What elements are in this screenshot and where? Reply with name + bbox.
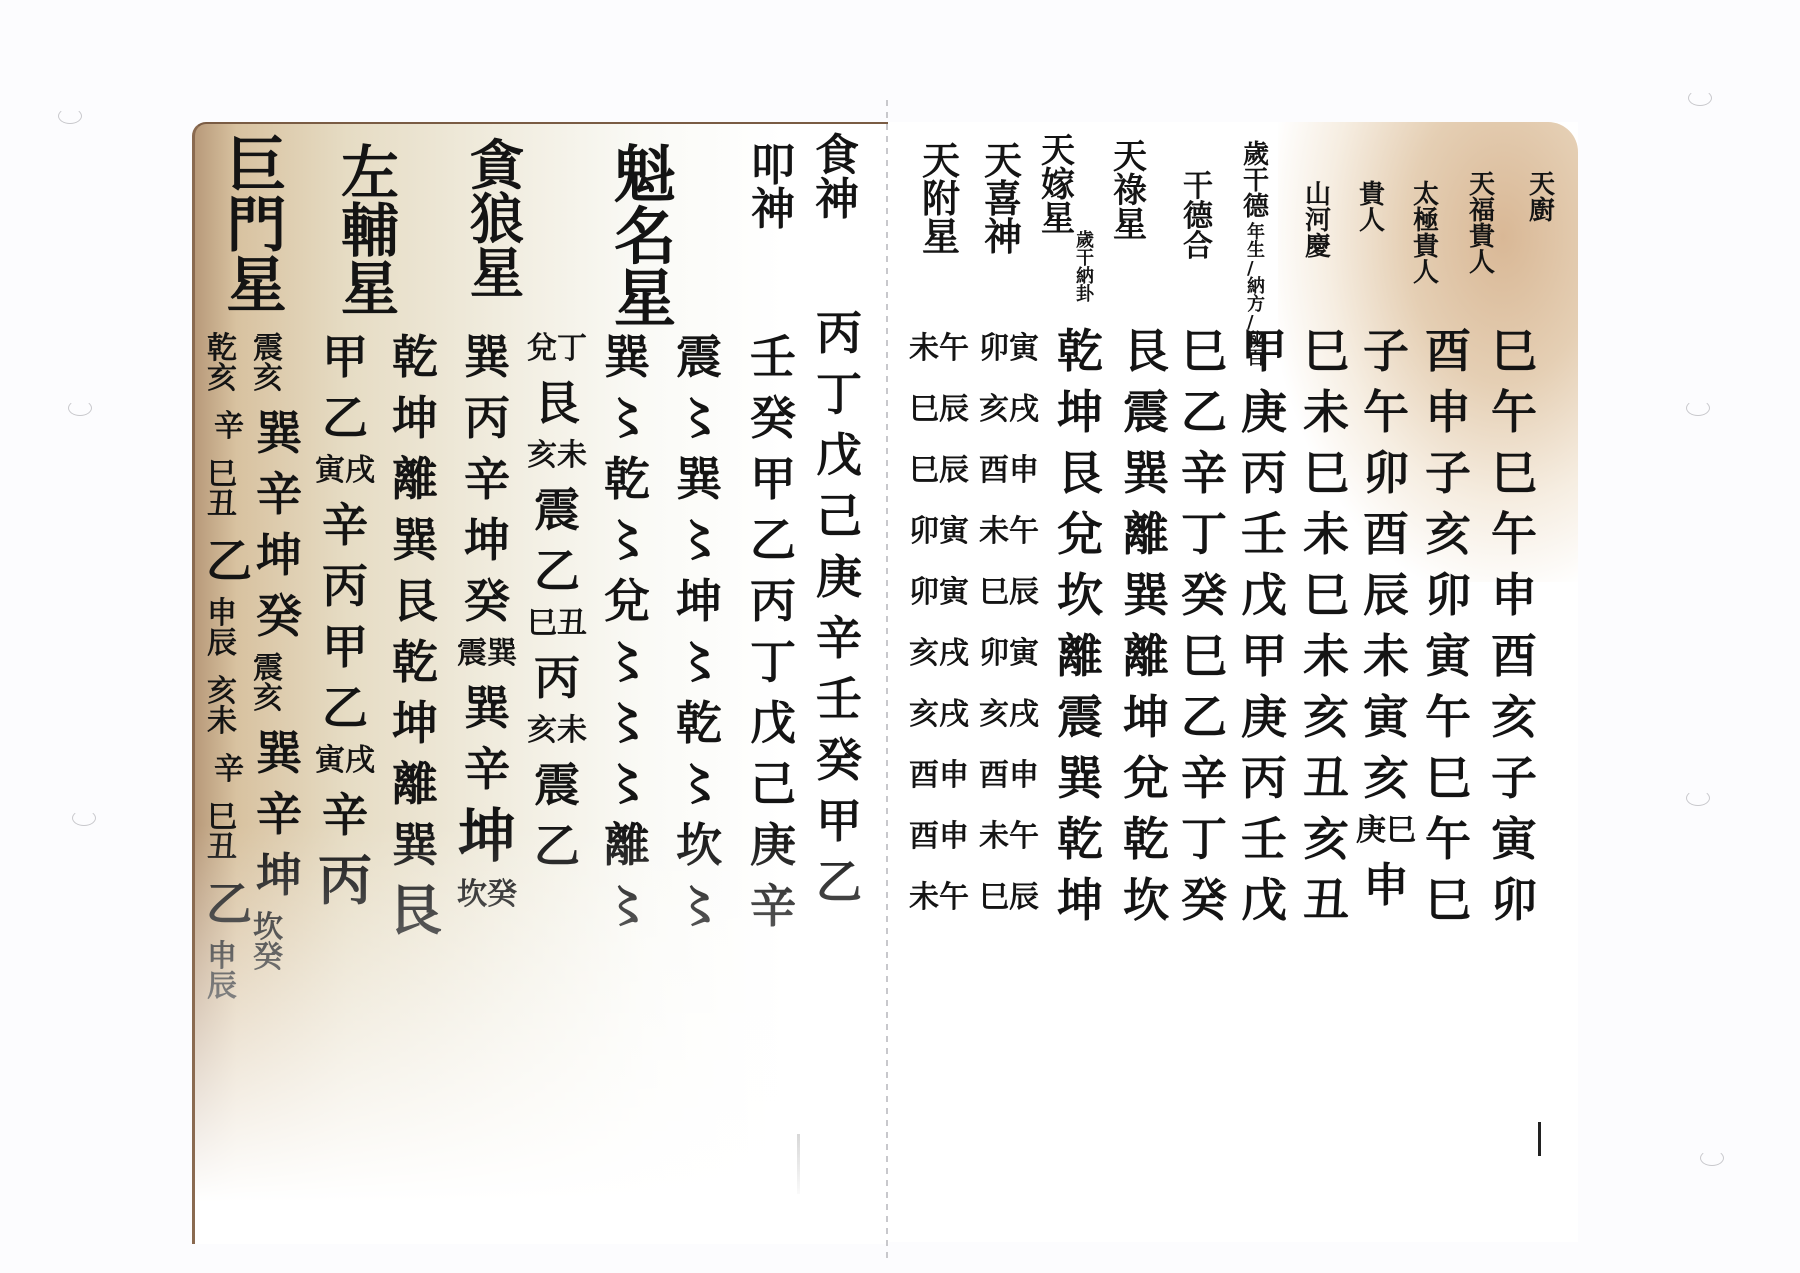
entry: 癸 <box>464 578 510 624</box>
entry: 午 <box>1363 389 1409 435</box>
column-jumen-star: 巨門星 <box>209 136 304 316</box>
punch-hole-mark <box>58 108 82 124</box>
entry: 艮 <box>388 883 442 937</box>
entry: 卯 <box>1491 877 1537 923</box>
entry: 辛 <box>464 456 510 502</box>
entry: 〻 <box>604 883 650 929</box>
entry: 丑 <box>1303 877 1349 923</box>
entry: 乾 <box>604 456 650 502</box>
column-taiji-guiren-entries: 酉 申 子 亥 卯 寅 午 巳 午 巳 <box>1418 328 1478 938</box>
entry: 丁 <box>1181 511 1227 557</box>
entry: 酉 <box>1491 633 1537 679</box>
right-page: 天附星 未午 巳辰 巳辰 卯寅 卯寅 亥戌 亥戌 酉申 酉申 未午 天喜神 卯寅… <box>888 122 1578 1242</box>
entry: 酉申 <box>909 822 969 852</box>
column-jumen-entries: 震亥 巽 辛 坤 癸 震亥 巽 辛 坤 坎癸 <box>253 334 305 973</box>
column-shishen-entries: 丙 丁 戊 己 庚 辛 壬 癸 甲 乙 <box>809 310 869 920</box>
entry: 坎癸 <box>253 913 305 973</box>
column-tanlang-star: 貪狼星 <box>457 138 537 300</box>
column-tianlu-star: 天祿星 <box>1110 140 1150 242</box>
entry: 乾 <box>392 639 438 685</box>
column-header: 叩神 <box>751 144 795 232</box>
entry: 寅 <box>1425 633 1471 679</box>
entry: 巳 <box>1491 328 1537 374</box>
entry: 寅 <box>1363 694 1409 740</box>
entry: 離 <box>392 761 438 807</box>
entry: 丙 <box>322 563 368 609</box>
punch-hole-mark <box>1686 790 1710 806</box>
entry: 艮 <box>392 578 438 624</box>
entry: 辛 <box>322 792 368 838</box>
entry: 未 <box>1303 389 1349 435</box>
entry: 亥未 <box>207 677 251 737</box>
column-jumen-side-entries: 乾亥 辛 巳丑 乙 申辰 亥未 辛 巳丑 乙 申辰 <box>207 334 251 1002</box>
column-suigande-entries: 甲 庚 丙 壬 戊 甲 庚 丙 壬 戊 <box>1234 328 1294 938</box>
entry: 寅戌 <box>315 746 375 776</box>
entry: 酉申 <box>909 761 969 791</box>
entry: 乾 <box>676 700 722 746</box>
entry: 震亥 <box>253 654 305 714</box>
column-gande-he: 干德合 <box>1178 172 1218 262</box>
column-taiji-guiren: 太極貴人 <box>1408 182 1444 286</box>
column-tianlu-entries: 艮 震 巽 離 巽 離 坤 兌 乾 坎 <box>1114 328 1178 938</box>
column-header: 食神 <box>815 134 859 222</box>
entry: 丙 <box>816 310 862 356</box>
entry: 乙 <box>816 859 862 905</box>
entry: 震 <box>534 762 580 808</box>
column-header: 貴人 <box>1359 182 1385 234</box>
entry: 坤 <box>256 532 302 578</box>
entry: 兌 <box>604 578 650 624</box>
column-tianjia-entries: 乾 坤 艮 兌 坎 離 震 巽 乾 坤 <box>1048 328 1112 938</box>
column-kuiming-star: 魁名星 <box>595 144 695 330</box>
column-header: 天喜神 <box>984 142 1022 256</box>
entry: 〻 <box>604 517 650 563</box>
entry: 震巽 <box>457 639 517 669</box>
entry: 亥戌 <box>979 700 1039 730</box>
entry: 庚 <box>1241 694 1287 740</box>
entry: 巽 <box>1057 755 1103 801</box>
entry: 癸 <box>1181 877 1227 923</box>
entry: 巳丑 <box>527 609 587 639</box>
entry: 乾 <box>1057 816 1103 862</box>
entry: 甲 <box>322 624 368 670</box>
entry: 坎癸 <box>457 880 517 910</box>
entry: 巽 <box>464 685 510 731</box>
entry: 巳 <box>1303 572 1349 618</box>
entry: 乙 <box>206 881 252 927</box>
entry: 未 <box>1363 633 1409 679</box>
column-header: 干德合 <box>1183 172 1213 262</box>
entry: 未午 <box>979 822 1039 852</box>
column-header: 天廚 <box>1529 172 1555 224</box>
entry: 午 <box>1491 389 1537 435</box>
entry: 〻 <box>604 395 650 441</box>
entry: 丙 <box>1241 755 1287 801</box>
entry: 〻 <box>604 639 650 685</box>
entry: 卯寅 <box>979 334 1039 364</box>
entry: 亥 <box>1303 694 1349 740</box>
entry: 巳 <box>1425 877 1471 923</box>
ink-stroke <box>1538 1122 1541 1156</box>
column-shanhe-qing: 山河慶 <box>1300 182 1336 260</box>
entry: 辛 <box>214 412 244 442</box>
column-tianfu-guiren-entries: 巳 午 巳 午 申 酉 亥 子 寅 卯 <box>1484 328 1544 938</box>
punch-hole-mark <box>1700 1150 1724 1166</box>
entry: 卯 <box>1425 572 1471 618</box>
column-zhen-entries: 震 〻 巽 〻 坤 〻 乾 〻 坎 〻 <box>669 334 729 944</box>
entry: 巳辰 <box>909 395 969 425</box>
entry: 卯寅 <box>909 578 969 608</box>
column-shishen-header: 食神 <box>807 134 867 222</box>
entry: 戊 <box>1241 877 1287 923</box>
entry: 巳辰 <box>909 456 969 486</box>
entry: 巽 <box>464 334 510 380</box>
entry: 坤 <box>392 700 438 746</box>
entry: 〻 <box>604 700 650 746</box>
entry: 辛 <box>256 471 302 517</box>
entry: 未午 <box>979 517 1039 547</box>
entry: 午 <box>1425 816 1471 862</box>
entry: 巳 <box>1303 450 1349 496</box>
punch-hole-mark <box>68 400 92 416</box>
entry: 辛 <box>1181 450 1227 496</box>
entry: 酉申 <box>979 761 1039 791</box>
entry: 巽 <box>256 410 302 456</box>
entry: 寅 <box>1491 816 1537 862</box>
column-zuofu-entries: 甲 乙 寅戌 辛 丙 甲 乙 寅戌 辛 丙 <box>315 334 375 922</box>
entry: 子 <box>1491 755 1537 801</box>
punch-hole-mark <box>1686 400 1710 416</box>
entry: 乙 <box>322 395 368 441</box>
entry: 坎 <box>1057 572 1103 618</box>
entry: 巳丑 <box>207 803 251 863</box>
column-guiren: 貴人 <box>1354 182 1390 234</box>
entry: 巽 <box>1123 572 1169 618</box>
column-shanhe-qing-entries: 巳 未 巳 未 巳 未 亥 丑 亥 丑 <box>1296 328 1356 938</box>
entry: 亥戌 <box>979 395 1039 425</box>
column-koushen-entries: 壬 癸 甲 乙 丙 丁 戊 己 庚 辛 <box>743 334 803 944</box>
entry: 壬 <box>816 676 862 722</box>
entry: 壬 <box>1241 511 1287 557</box>
entry: 乾 <box>1123 816 1169 862</box>
entry: 巽 <box>604 334 650 380</box>
entry: 卯寅 <box>909 517 969 547</box>
entry: 丑 <box>1303 755 1349 801</box>
entry: 申 <box>1425 389 1471 435</box>
entry: 兌丁 <box>527 334 587 364</box>
column-header: 天附星 <box>922 142 960 256</box>
entry: 巳辰 <box>979 578 1039 608</box>
entry: 寅戌 <box>315 456 375 486</box>
entry: 〻 <box>676 761 722 807</box>
entry: 午 <box>1425 694 1471 740</box>
entry: 坎 <box>676 822 722 868</box>
column-header: 太極貴人 <box>1413 182 1439 286</box>
entry: 巳 <box>1181 328 1227 374</box>
entry: 乾亥 <box>207 334 251 394</box>
entry: 申辰 <box>207 599 251 659</box>
entry: 庚 <box>1241 389 1287 435</box>
entry: 震 <box>534 487 580 533</box>
entry: 辛 <box>750 883 796 929</box>
column-dui-entries: 兌丁 艮 亥未 震 乙 巳丑 丙 亥未 震 乙 <box>527 334 587 884</box>
column-tianfu-guiren: 天福貴人 <box>1464 172 1500 276</box>
entry: 巽 <box>256 730 302 776</box>
entry: 乙 <box>322 685 368 731</box>
entry: 離 <box>1123 633 1169 679</box>
entry: 亥戌 <box>909 639 969 669</box>
entry: 亥 <box>1363 755 1409 801</box>
entry: 坤 <box>256 852 302 898</box>
entry: 巳 <box>1181 633 1227 679</box>
entry: 卯 <box>1363 450 1409 496</box>
entry: 巳丑 <box>207 460 251 520</box>
entry: 〻 <box>676 517 722 563</box>
entry: 亥未 <box>527 441 587 471</box>
entry: 亥 <box>1303 816 1349 862</box>
entry: 坤 <box>458 807 516 865</box>
column-tanlang-entries: 巽 丙 辛 坤 癸 震巽 巽 辛 坤 坎癸 <box>457 334 517 910</box>
entry: 己 <box>750 761 796 807</box>
entry: 丙 <box>1241 450 1287 496</box>
entry: 乙 <box>534 823 580 869</box>
punch-hole-mark <box>72 810 96 826</box>
entry: 震亥 <box>253 334 305 394</box>
entry: 卯寅 <box>979 639 1039 669</box>
entry: 震 <box>1123 389 1169 435</box>
entry: 亥未 <box>527 716 587 746</box>
entry: 未午 <box>909 334 969 364</box>
entry: 巽 <box>1123 450 1169 496</box>
header-note: 歲干納卦 <box>1076 232 1094 304</box>
entry: 丙 <box>464 395 510 441</box>
entry: 丁 <box>1181 816 1227 862</box>
entry: 坤 <box>1123 694 1169 740</box>
entry: 戊 <box>750 700 796 746</box>
entry: 巳辰 <box>979 883 1039 913</box>
entry: 巳 <box>1303 328 1349 374</box>
entry: 兌 <box>1123 755 1169 801</box>
entry: 甲 <box>1241 328 1287 374</box>
entry: 辰 <box>1363 572 1409 618</box>
entry: 兌 <box>1057 511 1103 557</box>
entry: 辛 <box>322 502 368 548</box>
column-tianxi-god: 天喜神 <box>978 142 1028 256</box>
entry: 辛 <box>1181 755 1227 801</box>
entry: 巽 <box>392 517 438 563</box>
column-header: 天祿星 <box>1113 140 1147 242</box>
entry: 〻 <box>604 761 650 807</box>
entry: 離 <box>392 456 438 502</box>
entry: 甲 <box>322 334 368 380</box>
column-kuiming-entries: 巽 〻 乾 〻 兌 〻 〻 〻 離 〻 <box>597 334 657 944</box>
entry: 申 <box>1363 862 1409 908</box>
column-tianjia-star: 天嫁星 <box>1038 134 1078 236</box>
entry: 癸 <box>1181 572 1227 618</box>
entry: 辛 <box>464 746 510 792</box>
entry: 艮 <box>1123 328 1169 374</box>
entry: 申 <box>1491 572 1537 618</box>
entry: 艮 <box>534 380 580 426</box>
entry: 亥 <box>1425 511 1471 557</box>
column-header: 巨門星 <box>227 136 287 316</box>
entry: 壬 <box>750 334 796 380</box>
entry: 離 <box>1123 511 1169 557</box>
column-qian-entries: 乾 坤 離 巽 艮 乾 坤 離 巽 艮 <box>385 334 445 952</box>
column-tianjia-note: 歲干納卦 <box>1074 232 1096 304</box>
punch-hole-mark <box>1688 90 1712 106</box>
entry: 己 <box>816 493 862 539</box>
entry: 坤 <box>676 578 722 624</box>
entry: 丙 <box>318 853 372 907</box>
column-zuofu-star: 左輔星 <box>330 144 410 318</box>
column-koushen-header: 叩神 <box>743 144 803 232</box>
entry: 未 <box>1303 511 1349 557</box>
column-header: 貪狼星 <box>470 138 524 300</box>
entry: 庚 <box>750 822 796 868</box>
entry: 庚巳 <box>1356 816 1416 846</box>
entry: 亥戌 <box>909 700 969 730</box>
column-tianchu: 天廚 <box>1524 172 1560 224</box>
entry: 乾 <box>392 334 438 380</box>
entry: 申辰 <box>207 942 251 1002</box>
entry: 酉 <box>1363 511 1409 557</box>
entry: 〻 <box>676 883 722 929</box>
entry: 震 <box>1057 694 1103 740</box>
entry: 乙 <box>534 548 580 594</box>
entry: 子 <box>1425 450 1471 496</box>
entry: 丁 <box>816 371 862 417</box>
entry: 乙 <box>1181 694 1227 740</box>
column-guiren-entries: 子 午 卯 酉 辰 未 寅 亥 庚巳 申 <box>1356 328 1416 923</box>
entry: 坎 <box>1123 877 1169 923</box>
column-tianfu-star: 天附星 <box>916 142 966 256</box>
entry: 丙 <box>534 655 580 701</box>
entry: 乙 <box>750 517 796 563</box>
entry: 坤 <box>464 517 510 563</box>
column-tianxi-entries: 卯寅 亥戌 酉申 未午 巳辰 卯寅 亥戌 酉申 未午 巳辰 <box>976 334 1042 944</box>
column-header: 左輔星 <box>341 144 399 318</box>
column-header: 山河慶 <box>1305 182 1331 260</box>
entry: 坤 <box>1057 877 1103 923</box>
entry: 酉申 <box>979 456 1039 486</box>
entry: 戊 <box>816 432 862 478</box>
entry: 坤 <box>1057 389 1103 435</box>
column-header: 歲干德 <box>1243 142 1269 220</box>
entry: 甲 <box>816 798 862 844</box>
entry: 辛 <box>256 791 302 837</box>
column-tianfu-entries: 未午 巳辰 巳辰 卯寅 卯寅 亥戌 亥戌 酉申 酉申 未午 <box>906 334 972 944</box>
entry: 震 <box>676 334 722 380</box>
entry: 癸 <box>816 737 862 783</box>
column-header: 天福貴人 <box>1469 172 1495 276</box>
column-header: 魁名星 <box>614 144 676 330</box>
entry: 甲 <box>750 456 796 502</box>
entry: 癸 <box>256 593 302 639</box>
entry: 子 <box>1363 328 1409 374</box>
entry: 辛 <box>816 615 862 661</box>
entry: 未 <box>1303 633 1349 679</box>
entry: 離 <box>604 822 650 868</box>
entry: 巳 <box>1425 755 1471 801</box>
entry: 巽 <box>392 822 438 868</box>
column-gande-he-entries: 巳 乙 辛 丁 癸 巳 乙 辛 丁 癸 <box>1174 328 1234 938</box>
entry: 庚 <box>816 554 862 600</box>
ink-stroke <box>797 1134 800 1194</box>
entry: 丙 <box>750 578 796 624</box>
entry: 辛 <box>214 755 244 785</box>
entry: 癸 <box>750 395 796 441</box>
entry: 艮 <box>1057 450 1103 496</box>
entry: 甲 <box>1241 633 1287 679</box>
entry: 丁 <box>750 639 796 685</box>
entry: 乙 <box>206 538 252 584</box>
entry: 酉 <box>1425 328 1471 374</box>
entry: 未午 <box>909 883 969 913</box>
entry: 〻 <box>676 639 722 685</box>
entry: 乾 <box>1057 328 1103 374</box>
entry: 坤 <box>392 395 438 441</box>
entry: 離 <box>1057 633 1103 679</box>
entry: 乙 <box>1181 389 1227 435</box>
entry: 巽 <box>676 456 722 502</box>
entry: 〻 <box>676 395 722 441</box>
entry: 午 <box>1491 511 1537 557</box>
entry: 巳 <box>1491 450 1537 496</box>
entry: 壬 <box>1241 816 1287 862</box>
entry: 亥 <box>1491 694 1537 740</box>
entry: 戊 <box>1241 572 1287 618</box>
left-page: 巨門星 乾亥 辛 巳丑 乙 申辰 亥未 辛 巳丑 乙 申辰 震亥 巽 辛 坤 癸… <box>192 122 889 1244</box>
column-header: 天嫁星 <box>1041 134 1075 236</box>
